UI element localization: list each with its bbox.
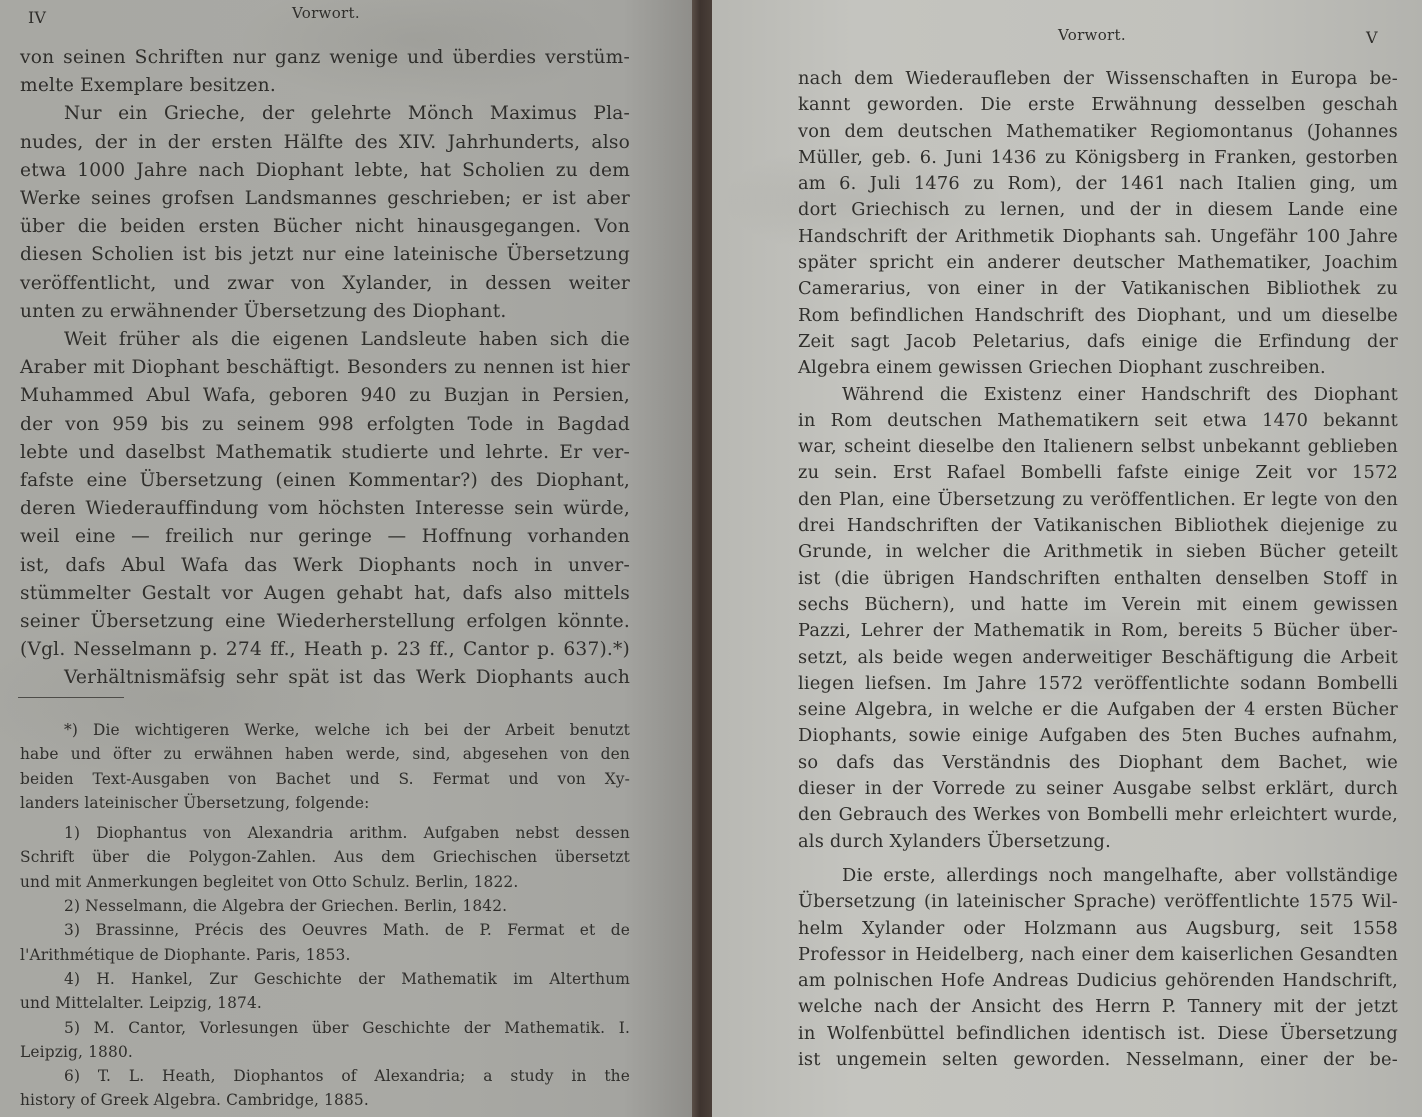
reference-line: 4) H. Hankel, Zur Geschichte der Mathema… [20,967,630,991]
text-line: Werke seines grofsen Landsmannes geschri… [20,185,630,213]
reference-item: 1) Diophantus von Alexandria arithm. Auf… [20,821,630,894]
footnotes: *) Die wichtigeren Werke, welche ich bei… [20,718,630,1113]
text-line: später spricht ein anderer deutscher Mat… [798,250,1398,276]
reference-line: 6) T. L. Heath, Diophantos of Alexandria… [20,1064,630,1088]
text-line: Nur ein Grieche, der gelehrte Mönch Maxi… [20,100,630,128]
text-line: von dem deutschen Mathematiker Regiomont… [798,119,1398,145]
reference-item: 5) M. Cantor, Vorlesungen über Geschicht… [20,1016,630,1065]
reference-line: l'Arithmétique de Diophante. Paris, 1853… [20,943,630,967]
book-gutter [692,0,712,1117]
reference-item: 6) T. L. Heath, Diophantos of Alexandria… [20,1064,630,1113]
text-line: Während die Existenz einer Handschrift d… [798,382,1398,408]
text-line: drei Handschriften der Vatikanischen Bib… [798,513,1398,539]
text-line: nach dem Wiederaufleben der Wissenschaft… [798,66,1398,92]
text-line: seine Algebra, in welche er die Aufgaben… [798,697,1398,723]
text-line: seiner Übersetzung eine Wiederherstellun… [20,608,630,636]
text-line: Camerarius, von einer in der Vatikanisch… [798,276,1398,302]
text-line: der von 959 bis zu seinem 998 erfolgten … [20,411,630,439]
text-line: dort Griechisch zu lernen, und der in di… [798,197,1398,223]
text-line: ist ungemein selten geworden. Nesselmann… [798,1047,1398,1073]
text-line: dieser in der Vorrede zu seiner Ausgabe … [798,776,1398,802]
text-line: Muhammed Abul Wafa, geboren 940 zu Buzja… [20,382,630,410]
reference-item: 3) Brassinne, Précis des Oeuvres Math. d… [20,918,630,967]
text-line: in Wolfenbüttel befindlichen identisch i… [798,1021,1398,1047]
text-line: Pazzi, Lehrer der Mathematik in Rom, ber… [798,618,1398,644]
reference-line: Schrift über die Polygon-Zahlen. Aus dem… [20,845,630,869]
right-page: Vorwort. V nach dem Wiederaufleben der W… [712,0,1422,1117]
text-line: etwa 1000 Jahre nach Diophant lebte, hat… [20,157,630,185]
text-line: lebte und daselbst Mathematik studierte … [20,439,630,467]
reference-line: history of Greek Algebra. Cambridge, 188… [20,1088,630,1112]
text-line: Weit früher als die eigenen Landsleute h… [20,326,630,354]
right-body-text: nach dem Wiederaufleben der Wissenschaft… [798,66,1398,1073]
footnote-line: beiden Text-Ausgaben von Bachet und S. F… [20,767,630,791]
text-line: stümmelter Gestalt vor Augen gehabt hat,… [20,580,630,608]
text-line: in Rom deutschen Mathematikern seit etwa… [798,408,1398,434]
text-line: Müller, geb. 6. Juni 1436 zu Königsberg … [798,145,1398,171]
text-line: Grunde, in welcher die Arithmetik in sie… [798,539,1398,565]
text-line: den Plan, eine Übersetzung zu veröffentl… [798,487,1398,513]
reference-line: 3) Brassinne, Précis des Oeuvres Math. d… [20,918,630,942]
text-line: Die erste, allerdings noch mangelhafte, … [798,863,1398,889]
text-line: sechs Büchern), und hatte im Verein mit … [798,592,1398,618]
text-line: unten zu erwähnender Übersetzung des Dio… [20,298,630,326]
reference-item: 2) Nesselmann, die Algebra der Griechen.… [20,894,630,918]
text-line: setzt, als beide wegen anderweitiger Bes… [798,645,1398,671]
text-line: melte Exemplare besitzen. [20,72,630,100]
text-line: Professor in Heidelberg, nach einer dem … [798,942,1398,968]
footnote-line: *) Die wichtigeren Werke, welche ich bei… [20,718,630,742]
text-line: über die beiden ersten Bücher nicht hina… [20,213,630,241]
left-page: IV Vorwort. von seinen Schriften nur gan… [0,0,692,1117]
text-line: welche nach der Ansicht des Herrn P. Tan… [798,994,1398,1020]
text-line: Zeit sagt Jacob Peletarius, dafs einige … [798,329,1398,355]
footnote-rule [18,697,124,698]
text-line: veröffentlicht, und zwar von Xylander, i… [20,270,630,298]
text-line: den Gebrauch des Werkes von Bombelli meh… [798,802,1398,828]
reference-item: 4) H. Hankel, Zur Geschichte der Mathema… [20,967,630,1016]
text-line: ist (die übrigen Handschriften enthalten… [798,566,1398,592]
text-line: diesen Scholien ist bis jetzt nur eine l… [20,241,630,269]
text-line: Araber mit Diophant beschäftigt. Besonde… [20,354,630,382]
text-line: Handschrift der Arithmetik Diophants sah… [798,224,1398,250]
text-line: kannt geworden. Die erste Erwähnung dess… [798,92,1398,118]
text-line: Diophants, sowie einige Aufgaben des 5te… [798,723,1398,749]
text-line: deren Wiederauffindung vom höchsten Inte… [20,495,630,523]
text-line: am 6. Juli 1476 zu Rom), der 1461 nach I… [798,171,1398,197]
footnote-line: habe und öfter zu erwähnen haben werde, … [20,742,630,766]
text-line: am polnischen Hofe Andreas Dudicius gehö… [798,968,1398,994]
left-body-text: von seinen Schriften nur ganz wenige und… [20,44,630,693]
reference-line: 2) Nesselmann, die Algebra der Griechen.… [20,894,630,918]
running-head: Vorwort. [1058,26,1126,44]
text-line: Übersetzung (in lateinischer Sprache) ve… [798,889,1398,915]
running-head: Vorwort. [292,4,360,22]
text-line: helm Xylander oder Holzmann aus Augsburg… [798,916,1398,942]
text-line: liegen liefsen. Im Jahre 1572 veröffentl… [798,671,1398,697]
text-line: so dafs das Verständnis des Diophant dem… [798,750,1398,776]
page-number: IV [28,8,46,27]
reference-line: und Mittelalter. Leipzig, 1874. [20,991,630,1015]
text-line: weil eine — freilich nur geringe — Hoffn… [20,523,630,551]
text-line: von seinen Schriften nur ganz wenige und… [20,44,630,72]
reference-line: 1) Diophantus von Alexandria arithm. Auf… [20,821,630,845]
page-number: V [1366,28,1378,47]
text-line: als durch Xylanders Übersetzung. [798,829,1398,855]
text-line: Rom befindlichen Handschrift des Diophan… [798,303,1398,329]
text-line: war, scheint dieselbe den Italienern sel… [798,434,1398,460]
text-line: fafste eine Übersetzung (einen Kommentar… [20,467,630,495]
text-line: ist, dafs Abul Wafa das Werk Diophants n… [20,552,630,580]
text-line: (Vgl. Nesselmann p. 274 ff., Heath p. 23… [20,636,630,664]
text-line: zu sein. Erst Rafael Bombelli fafste ein… [798,460,1398,486]
text-line: Verhältnismäfsig sehr spät ist das Werk … [20,664,630,692]
reference-line: 5) M. Cantor, Vorlesungen über Geschicht… [20,1016,630,1040]
book-spread: IV Vorwort. von seinen Schriften nur gan… [0,0,1422,1117]
text-line: nudes, der in der ersten Hälfte des XIV.… [20,129,630,157]
reference-line: und mit Anmerkungen begleitet von Otto S… [20,870,630,894]
footnote-line: landers lateinischer Übersetzung, folgen… [20,791,630,815]
reference-line: Leipzig, 1880. [20,1040,630,1064]
text-line: Algebra einem gewissen Griechen Diophant… [798,355,1398,381]
